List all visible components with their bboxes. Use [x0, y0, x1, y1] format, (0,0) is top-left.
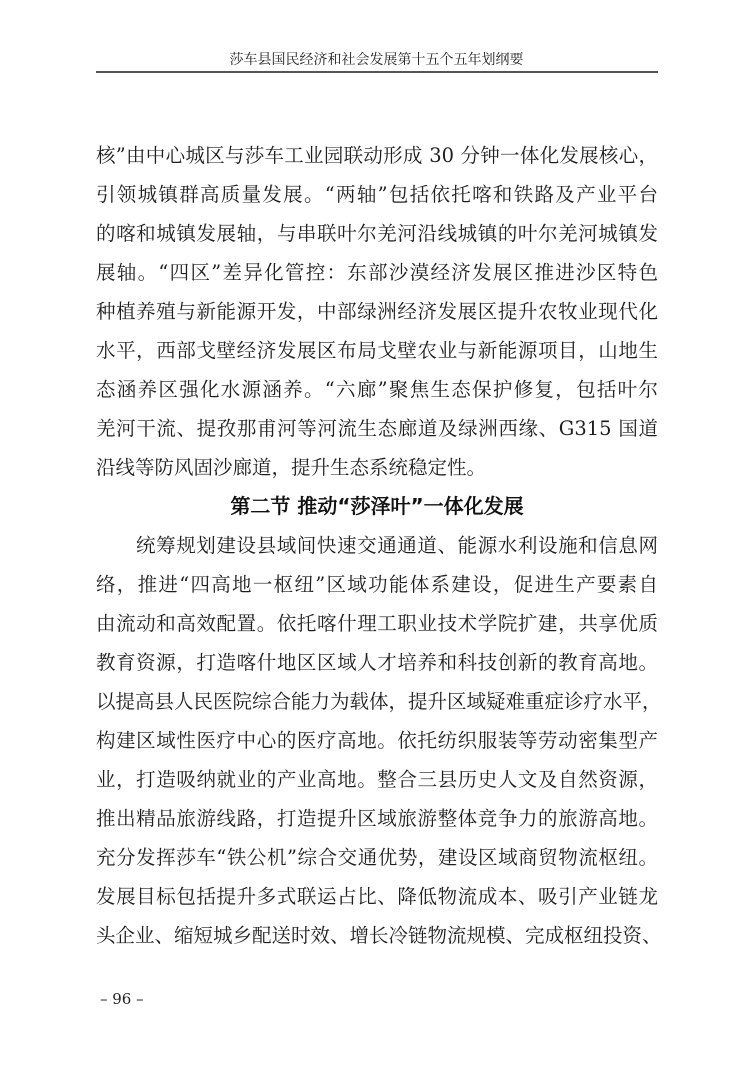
text-line: 络，推进“四高地一枢纽”区域功能体系建设，促进生产要素自 — [96, 565, 658, 604]
text-line: 水平，西部戈壁经济发展区布局戈壁农业与新能源项目，山地生 — [96, 331, 658, 370]
header-divider — [96, 71, 658, 73]
text-line: 以提高县人民医院综合能力为载体，提升区域疑难重症诊疗水平， — [96, 682, 658, 721]
text-line: 核”由中心城区与莎车工业园联动形成 30 分钟一体化发展核心， — [96, 136, 658, 175]
text-line: 引领城镇群高质量发展。“两轴”包括依托喀和铁路及产业平台 — [96, 175, 658, 214]
text-line: 态涵养区强化水源涵养。“六廊”聚焦生态保护修复，包括叶尔 — [96, 370, 658, 409]
text-line: 羌河干流、提孜那甫河等河流生态廊道及绿洲西缘、G315 国道 — [96, 409, 658, 448]
text-line: 展轴。“四区”差异化管控：东部沙漠经济发展区推进沙区特色 — [96, 253, 658, 292]
text-line: 教育资源，打造喀什地区区域人才培养和科技创新的教育高地。 — [96, 643, 658, 682]
paragraph-regional-integration: 统筹规划建设县域间快速交通通道、能源水利设施和信息网 络，推进“四高地一枢纽”区… — [96, 526, 658, 955]
section-heading: 第二节 推动“莎泽叶”一体化发展 — [96, 487, 658, 526]
page-number: – 96 – — [100, 990, 144, 1008]
text-line: 统筹规划建设县域间快速交通通道、能源水利设施和信息网 — [96, 526, 658, 565]
running-header-title: 莎车县国民经济和社会发展第十五个五年划纲要 — [0, 49, 753, 69]
text-line: 头企业、缩短城乡配送时效、增长冷链物流规模、完成枢纽投资、 — [96, 916, 658, 955]
paragraph-spatial-layout: 核”由中心城区与莎车工业园联动形成 30 分钟一体化发展核心， 引领城镇群高质量… — [96, 136, 658, 487]
text-line: 发展目标包括提升多式联运占比、降低物流成本、吸引产业链龙 — [96, 877, 658, 916]
text-line: 推出精品旅游线路，打造提升区域旅游整体竞争力的旅游高地。 — [96, 799, 658, 838]
page-body: 核”由中心城区与莎车工业园联动形成 30 分钟一体化发展核心， 引领城镇群高质量… — [96, 136, 658, 955]
text-line: 的喀和城镇发展轴，与串联叶尔羌河沿线城镇的叶尔羌河城镇发 — [96, 214, 658, 253]
text-line: 业，打造吸纳就业的产业高地。整合三县历史人文及自然资源， — [96, 760, 658, 799]
text-line: 种植养殖与新能源开发，中部绿洲经济发展区提升农牧业现代化 — [96, 292, 658, 331]
text-line: 充分发挥莎车“铁公机”综合交通优势，建设区域商贸物流枢纽。 — [96, 838, 658, 877]
text-line: 构建区域性医疗中心的医疗高地。依托纺织服装等劳动密集型产 — [96, 721, 658, 760]
text-line: 由流动和高效配置。依托喀什理工职业技术学院扩建，共享优质 — [96, 604, 658, 643]
text-line: 沿线等防风固沙廊道，提升生态系统稳定性。 — [96, 448, 658, 487]
